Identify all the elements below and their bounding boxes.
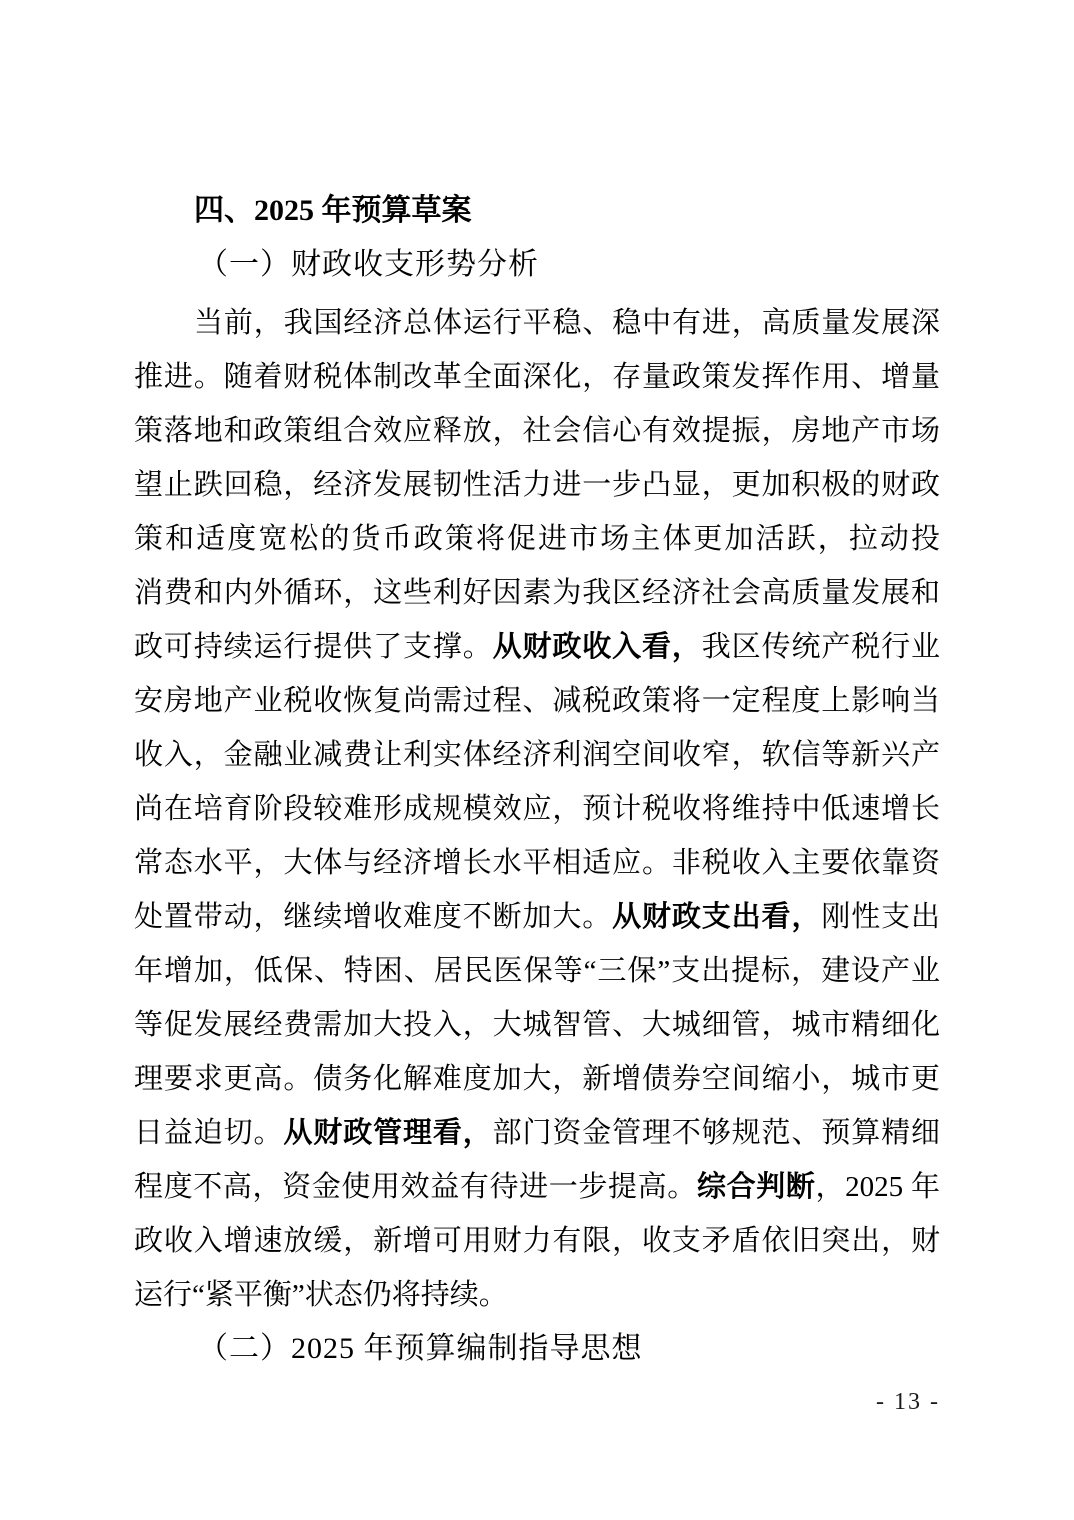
body-text: 理要求更高。债务化解难度加大，新增债券空间缩小，城市更新 <box>134 1063 940 1106</box>
bold-emphasis-text: 从财政收入看， <box>493 631 702 663</box>
paragraph-line: 政收入增速放缓，新增可用财力有限，收支矛盾依旧突出，财政 <box>134 1214 940 1268</box>
paragraph-line: 当前，我国经济总体运行平稳、稳中有进，高质量发展深入 <box>134 296 940 350</box>
paragraph-line: 程度不高，资金使用效益有待进一步提高。综合判断，2025 年财 <box>134 1160 940 1214</box>
body-text: 消费和内外循环，这些利好因素为我区经济社会高质量发展和财 <box>134 577 940 620</box>
paragraph-line: 政可持续运行提供了支撑。从财政收入看，我区传统产税行业建 <box>134 620 940 674</box>
document-page: 四、2025 年预算草案 （一）财政收支形势分析 当前，我国经济总体运行平稳、稳… <box>0 0 1074 1520</box>
body-text: 年增加，低保、特困、居民医保等“三保”支出提标，建设产业 <box>134 955 940 987</box>
body-text: 策和适度宽松的货币政策将促进市场主体更加活跃，拉动投资、 <box>134 523 940 566</box>
paragraph-line: 策和适度宽松的货币政策将促进市场主体更加活跃，拉动投资、 <box>134 512 940 566</box>
paragraph-line: 年增加，低保、特困、居民医保等“三保”支出提标，建设产业 <box>134 944 940 998</box>
page-number: - 13 - <box>876 1388 940 1416</box>
body-text: 策落地和政策组合效应释放，社会信心有效提振，房地产市场有 <box>134 415 940 458</box>
paragraph-line: 望止跌回稳，经济发展韧性活力进一步凸显，更加积极的财政政 <box>134 458 940 512</box>
subsection-heading-budget-guiding-ideology: （二）2025 年预算编制指导思想 <box>134 1322 940 1376</box>
body-text: 尚在培育阶段较难形成规模效应，预计税收将维持中低速增长的 <box>134 793 940 836</box>
body-text: 当前，我国经济总体运行平稳、稳中有进，高质量发展深入 <box>194 307 940 350</box>
body-text: 政可持续运行提供了支撑。 <box>134 631 493 663</box>
bold-emphasis-text: 综合判断 <box>697 1171 816 1203</box>
paragraph-line: 收入，金融业减费让利实体经济利润空间收窄，软信等新兴产业 <box>134 728 940 782</box>
paragraph-line: 尚在培育阶段较难形成规模效应，预计税收将维持中低速增长的 <box>134 782 940 836</box>
body-text: 常态水平，大体与经济增长水平相适应。非税收入主要依靠资产 <box>134 847 940 890</box>
body-text: 望止跌回稳，经济发展韧性活力进一步凸显，更加积极的财政政 <box>134 469 940 512</box>
bold-emphasis-text: 从财政管理看， <box>283 1117 492 1149</box>
bold-emphasis-text: 从财政支出看， <box>612 901 821 933</box>
paragraph-line: 运行“紧平衡”状态仍将持续。 <box>134 1268 940 1322</box>
subsection-heading-fiscal-situation-analysis: （一）财政收支形势分析 <box>134 238 940 292</box>
paragraph-line: 常态水平，大体与经济增长水平相适应。非税收入主要依靠资产 <box>134 836 940 890</box>
body-text: 政收入增速放缓，新增可用财力有限，收支矛盾依旧突出，财政 <box>134 1225 940 1268</box>
body-text: 推进。随着财税体制改革全面深化，存量政策发挥作用、增量政 <box>134 361 940 404</box>
body-text: 等促发展经费需加大投入，大城智管、大城细管，城市精细化管 <box>134 1009 940 1052</box>
section-heading-budget-draft: 四、2025 年预算草案 <box>134 184 940 238</box>
body-text: 处置带动，继续增收难度不断加大。 <box>134 901 612 933</box>
body-text: 程度不高，资金使用效益有待进一步提高。 <box>134 1171 697 1203</box>
paragraph-line: 日益迫切。从财政管理看，部门资金管理不够规范、预算精细化 <box>134 1106 940 1160</box>
paragraph-line: 策落地和政策组合效应释放，社会信心有效提振，房地产市场有 <box>134 404 940 458</box>
body-text: 运行“紧平衡”状态仍将持续。 <box>134 1279 508 1311</box>
paragraph-line: 安房地产业税收恢复尚需过程、减税政策将一定程度上影响当期 <box>134 674 940 728</box>
paragraph-line: 理要求更高。债务化解难度加大，新增债券空间缩小，城市更新 <box>134 1052 940 1106</box>
paragraph-line: 推进。随着财税体制改革全面深化，存量政策发挥作用、增量政 <box>134 350 940 404</box>
body-text: 安房地产业税收恢复尚需过程、减税政策将一定程度上影响当期 <box>134 685 940 728</box>
body-paragraph: 当前，我国经济总体运行平稳、稳中有进，高质量发展深入推进。随着财税体制改革全面深… <box>134 296 940 1322</box>
document-content: 四、2025 年预算草案 （一）财政收支形势分析 当前，我国经济总体运行平稳、稳… <box>134 184 940 1376</box>
body-text: 日益迫切。 <box>134 1117 283 1149</box>
body-text: 收入，金融业减费让利实体经济利润空间收窄，软信等新兴产业 <box>134 739 940 782</box>
paragraph-line: 消费和内外循环，这些利好因素为我区经济社会高质量发展和财 <box>134 566 940 620</box>
paragraph-line: 处置带动，继续增收难度不断加大。从财政支出看，刚性支出逐 <box>134 890 940 944</box>
paragraph-line: 等促发展经费需加大投入，大城智管、大城细管，城市精细化管 <box>134 998 940 1052</box>
